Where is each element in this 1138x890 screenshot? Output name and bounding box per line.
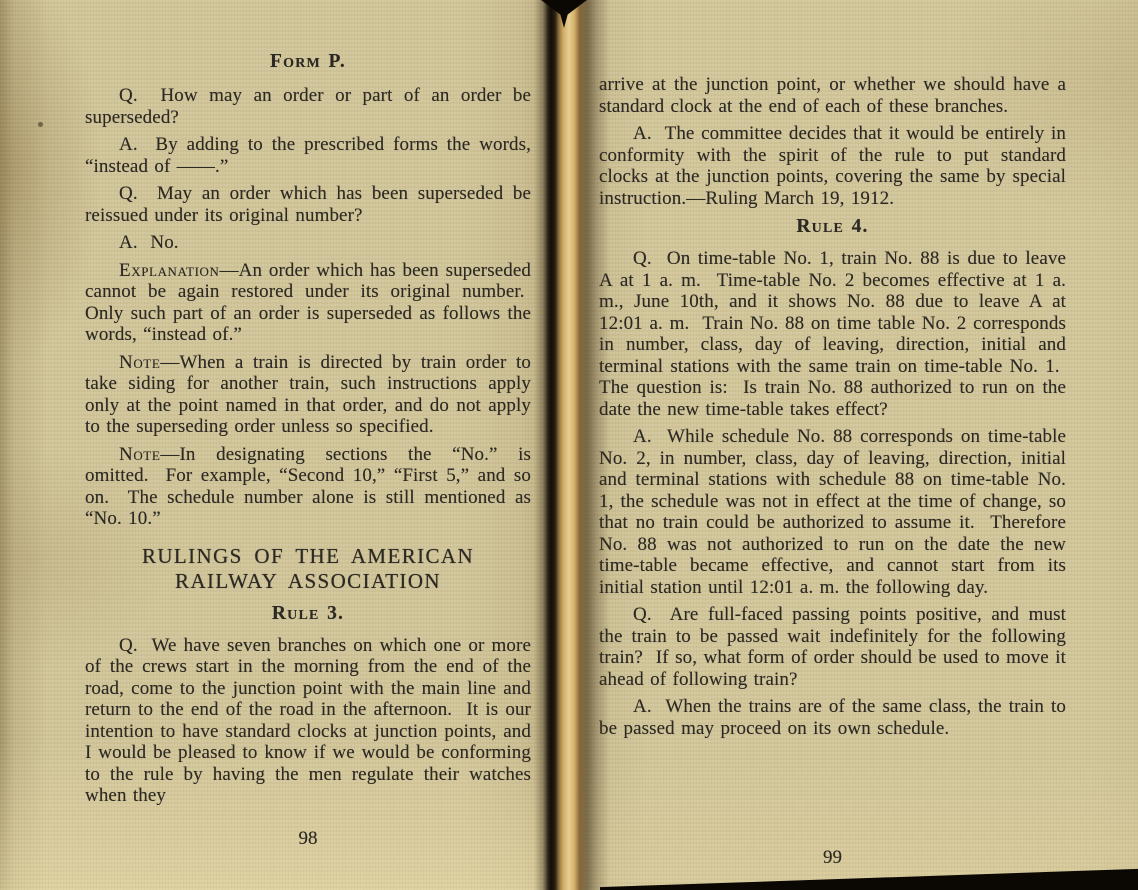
section-heading: RULINGS OF THE AMERICAN RAILWAY ASSOCIAT… (85, 544, 531, 594)
paragraph-lead: Note (119, 444, 160, 465)
page-number-right: 99 (599, 847, 1066, 869)
qa-paragraph: A. While schedule No. 88 corresponds on … (599, 426, 1066, 598)
form-p-heading: Form P. (85, 50, 531, 74)
qa-paragraph: A. When the trains are of the same class… (599, 696, 1066, 739)
dust-speck (38, 122, 43, 127)
paragraph-lead: Explanation (119, 260, 220, 281)
right-page-content: arrive at the junction point, or whether… (599, 74, 1066, 745)
qa-paragraph: Q. How may an order or part of an order … (85, 85, 531, 128)
qa-paragraph: Q. We have seven branches on which one o… (85, 635, 531, 807)
qa-paragraph: A. The committee decides that it would b… (599, 123, 1066, 209)
rule-3-heading: Rule 3. (85, 602, 531, 626)
paragraph-text: A. The committee decides that it would b… (599, 123, 1066, 209)
qa-paragraph: Q. Are full-faced passing points positiv… (599, 604, 1066, 690)
note-paragraph: Note—In designating sections the “No.” i… (85, 444, 531, 530)
qa-paragraph: Q. On time-table No. 1, train No. 88 is … (599, 248, 1066, 420)
paragraph-text: A. While schedule No. 88 corresponds on … (599, 426, 1066, 598)
page-number-left: 98 (85, 828, 531, 850)
paragraph-text: Q. On time-table No. 1, train No. 88 is … (599, 248, 1066, 420)
paragraph-text: Q. May an order which has been supersede… (85, 183, 531, 226)
paragraph-text: A. When the trains are of the same class… (599, 696, 1066, 739)
qa-paragraph: Q. May an order which has been supersede… (85, 183, 531, 226)
paragraph-text: Q. How may an order or part of an order … (85, 85, 531, 128)
continuation-paragraph: arrive at the junction point, or whether… (599, 74, 1066, 117)
qa-paragraph: A. No. (85, 232, 531, 254)
paragraph-text: arrive at the junction point, or whether… (599, 74, 1066, 117)
paragraph-text: Q. Are full-faced passing points positiv… (599, 604, 1066, 690)
note-paragraph: Note—When a train is directed by train o… (85, 352, 531, 438)
rule-4-heading: Rule 4. (599, 215, 1066, 239)
book-scan: Form P. Q. How may an order or part of a… (0, 0, 1138, 890)
paragraph-text: Q. We have seven branches on which one o… (85, 635, 531, 807)
paragraph-lead: Note (119, 352, 160, 373)
paragraph-text: A. By adding to the prescribed forms the… (85, 134, 531, 177)
explanation-paragraph: Explanation—An order which has been supe… (85, 260, 531, 346)
qa-paragraph: A. By adding to the prescribed forms the… (85, 134, 531, 177)
paragraph-text: A. No. (119, 232, 179, 253)
left-page-content: Form P. Q. How may an order or part of a… (85, 50, 531, 813)
